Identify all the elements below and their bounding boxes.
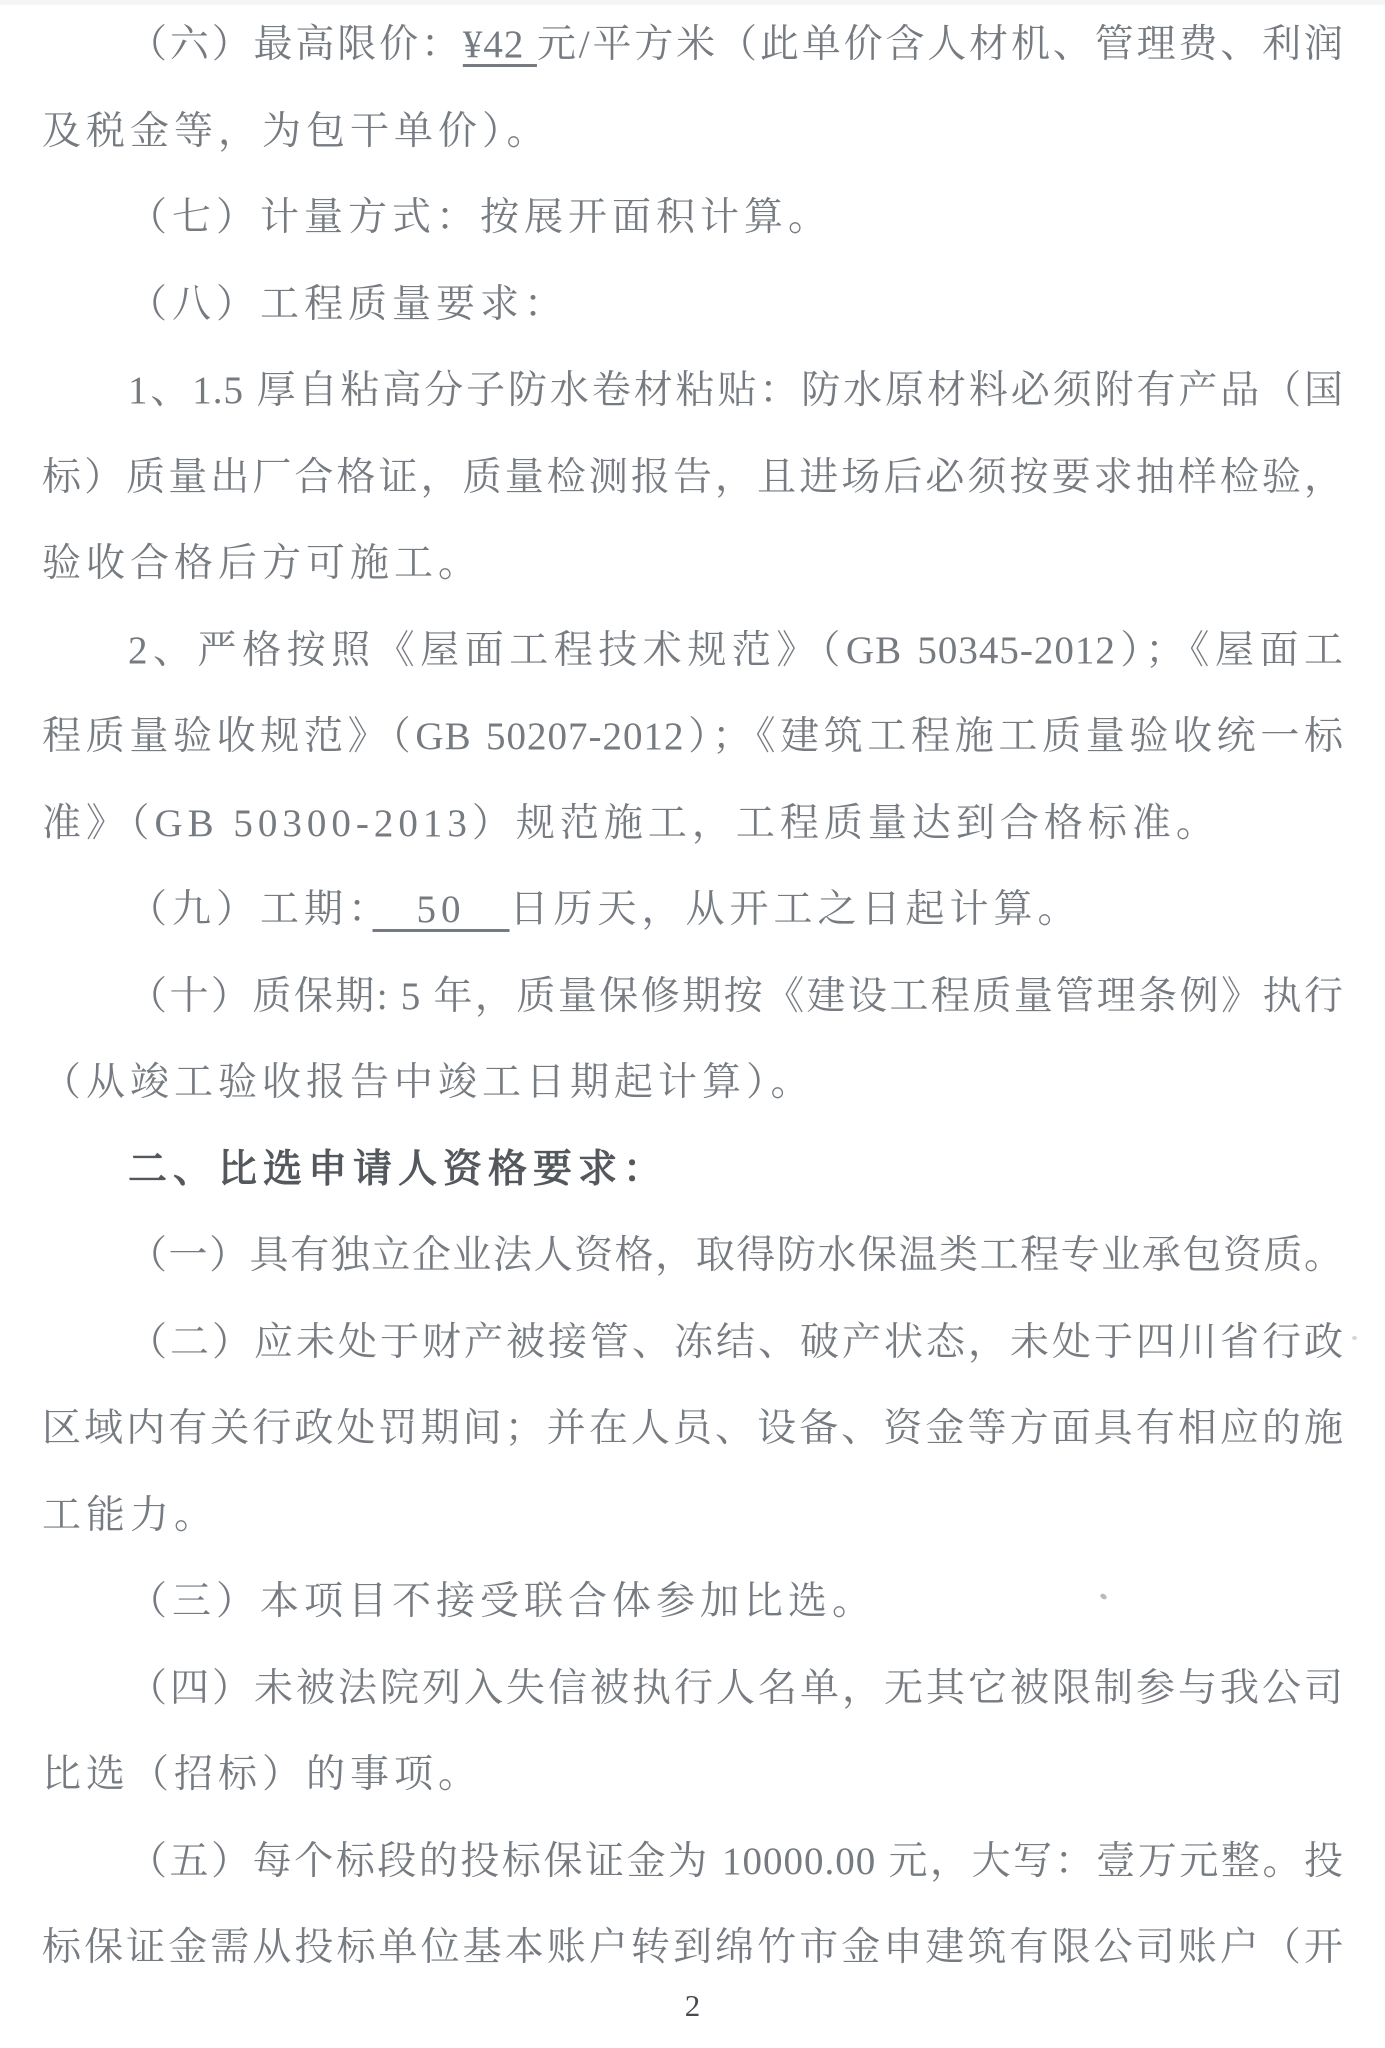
text-line: （九）工期： 50 日历天，从开工之日起计算。: [42, 867, 1344, 954]
text-segment: 工能力。: [42, 1494, 218, 1537]
text-line: 验收合格后方可施工。: [42, 521, 1344, 608]
text-segment: （四）未被法院列入失信被执行人名单，无其它被限制参与我公司: [128, 1667, 1344, 1710]
text-segment: （五）每个标段的投标保证金为 10000.00 元，大写：壹万元整。投: [128, 1840, 1344, 1883]
text-segment: 元/平方米（此单价含人材机、管理费、利润: [537, 23, 1344, 66]
text-line: 1、1.5 厚自粘高分子防水卷材粘贴：防水原材料必须附有产品（国: [42, 348, 1344, 435]
text-line: 程质量验收规范》（GB 50207-2012）；《建筑工程施工质量验收统一标: [42, 694, 1344, 781]
text-segment: （三）本项目不接受联合体参加比选。: [128, 1580, 876, 1623]
text-segment: （九）工期：: [128, 888, 373, 931]
text-line: 比选（招标）的事项。: [42, 1732, 1344, 1819]
text-line: 标）质量出厂合格证，质量检测报告，且进场后必须按要求抽样检验，: [42, 435, 1344, 522]
text-line: （五）每个标段的投标保证金为 10000.00 元，大写：壹万元整。投: [42, 1819, 1344, 1906]
text-segment: 二、比选申请人资格要求：: [128, 1148, 668, 1191]
text-segment: 程质量验收规范》（GB 50207-2012）；《建筑工程施工质量验收统一标: [42, 715, 1344, 758]
text-line: 2、严格按照《屋面工程技术规范》（GB 50345-2012）；《屋面工: [42, 608, 1344, 695]
section-heading-line: 二、比选申请人资格要求：: [42, 1127, 1344, 1214]
text-segment: （一）具有独立企业法人资格，取得防水保温类工程专业承包资质。: [128, 1234, 1344, 1277]
text-segment: （六）最高限价：: [128, 23, 463, 66]
text-line: 工能力。: [42, 1473, 1344, 1560]
text-segment: 标）质量出厂合格证，质量检测报告，且进场后必须按要求抽样检验，: [42, 456, 1344, 499]
text-line: （六）最高限价：¥42 元/平方米（此单价含人材机、管理费、利润: [42, 2, 1344, 89]
text-segment: 比选（招标）的事项。: [42, 1753, 482, 1796]
text-segment: 2、严格按照《屋面工程技术规范》（GB 50345-2012）；《屋面工: [128, 629, 1344, 672]
underlined-value: 50: [373, 888, 510, 931]
text-segment: （从竣工验收报告中竣工日期起计算）。: [42, 1061, 815, 1104]
scan-speck: [1352, 1336, 1357, 1340]
text-segment: 标保证金需从投标单位基本账户转到绵竹市金申建筑有限公司账户（开: [42, 1926, 1344, 1969]
text-line: （三）本项目不接受联合体参加比选。: [42, 1559, 1344, 1646]
text-line: （四）未被法院列入失信被执行人名单，无其它被限制参与我公司: [42, 1646, 1344, 1733]
text-line: （十）质保期: 5 年，质量保修期按《建设工程质量管理条例》执行: [42, 954, 1344, 1041]
text-line: （八）工程质量要求：: [42, 262, 1344, 349]
text-line: （从竣工验收报告中竣工日期起计算）。: [42, 1040, 1344, 1127]
text-segment: （八）工程质量要求：: [128, 283, 568, 326]
text-segment: 准》（GB 50300-2013）规范施工，工程质量达到合格标准。: [42, 802, 1220, 845]
text-segment: 及税金等，为包干单价）。: [42, 110, 551, 153]
text-line: 及税金等，为包干单价）。: [42, 89, 1344, 176]
text-segment: （七）计量方式：按展开面积计算。: [128, 196, 832, 239]
scanned-document-page: （六）最高限价：¥42 元/平方米（此单价含人材机、管理费、利润及税金等，为包干…: [0, 0, 1385, 2048]
underlined-value: ¥42: [463, 23, 537, 66]
text-segment: 日历天，从开工之日起计算。: [510, 888, 1082, 931]
text-line: （一）具有独立企业法人资格，取得防水保温类工程专业承包资质。: [42, 1213, 1344, 1300]
text-line: （二）应未处于财产被接管、冻结、破产状态，未处于四川省行政: [42, 1300, 1344, 1387]
document-body: （六）最高限价：¥42 元/平方米（此单价含人材机、管理费、利润及税金等，为包干…: [42, 2, 1344, 1992]
text-segment: （十）质保期: 5 年，质量保修期按《建设工程质量管理条例》执行: [128, 975, 1344, 1018]
page-number: 2: [0, 1988, 1385, 2024]
text-line: 区域内有关行政处罚期间；并在人员、设备、资金等方面具有相应的施: [42, 1386, 1344, 1473]
text-segment: 区域内有关行政处罚期间；并在人员、设备、资金等方面具有相应的施: [42, 1407, 1344, 1450]
text-segment: （二）应未处于财产被接管、冻结、破产状态，未处于四川省行政: [128, 1321, 1344, 1364]
text-segment: 1、1.5 厚自粘高分子防水卷材粘贴：防水原材料必须附有产品（国: [128, 369, 1344, 412]
text-line: 准》（GB 50300-2013）规范施工，工程质量达到合格标准。: [42, 781, 1344, 868]
text-line: （七）计量方式：按展开面积计算。: [42, 175, 1344, 262]
text-segment: 验收合格后方可施工。: [42, 542, 482, 585]
text-line: 标保证金需从投标单位基本账户转到绵竹市金申建筑有限公司账户（开: [42, 1905, 1344, 1992]
